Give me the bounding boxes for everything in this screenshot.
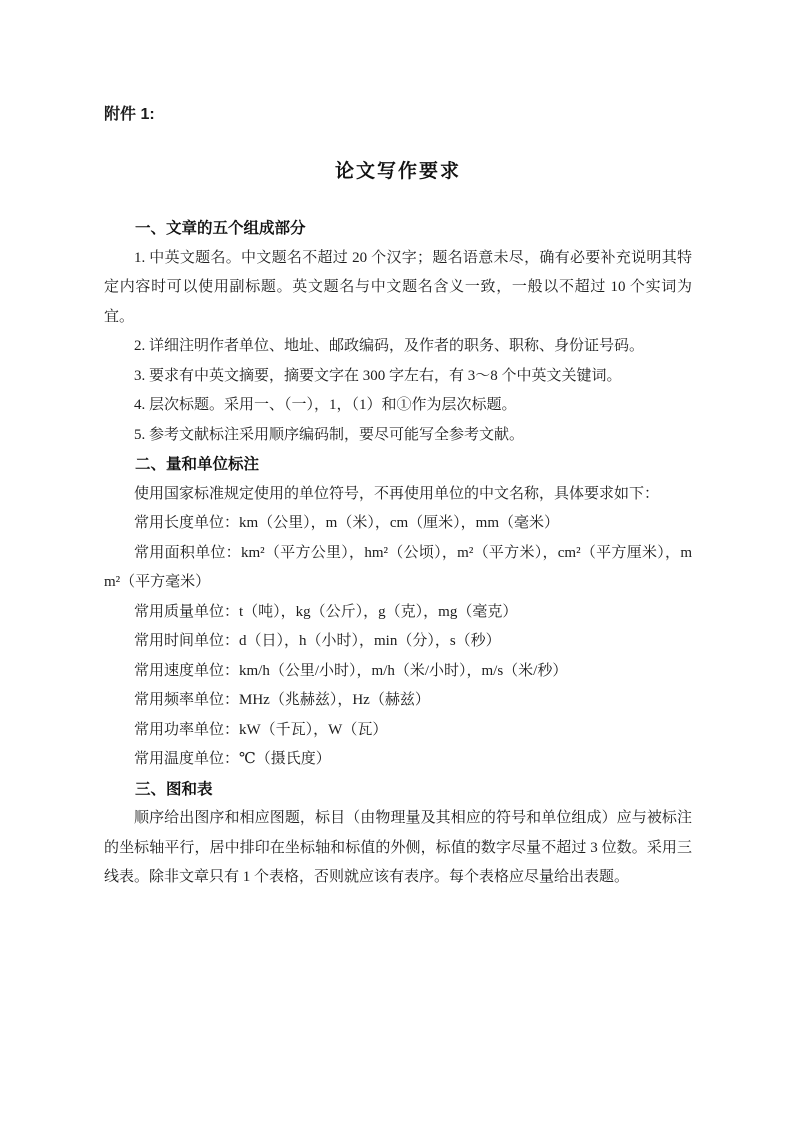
section-heading-1: 一、文章的五个组成部分 xyxy=(104,214,692,244)
figures-tables-paragraph: 顺序给出图序和相应图题，标目（由物理量及其相应的符号和单位组成）应与被标注的坐标… xyxy=(104,804,692,893)
mass-units-line: 常用质量单位：t（吨），kg（公斤），g（克），mg（毫克） xyxy=(104,598,692,628)
section-heading-3: 三、图和表 xyxy=(104,775,692,805)
attachment-label: 附件 1: xyxy=(104,100,692,130)
frequency-units-line: 常用频率单位：MHz（兆赫兹），Hz（赫兹） xyxy=(104,686,692,716)
list-item-5: 5. 参考文献标注采用顺序编码制，要尽可能写全参考文献。 xyxy=(104,421,692,451)
list-item-1: 1. 中英文题名。中文题名不超过 20 个汉字；题名语意未尽，确有必要补充说明其… xyxy=(104,244,692,333)
temperature-units-line: 常用温度单位：℃（摄氏度） xyxy=(104,745,692,775)
units-intro: 使用国家标准规定使用的单位符号，不再使用单位的中文名称，具体要求如下： xyxy=(104,480,692,510)
section-heading-2: 二、量和单位标注 xyxy=(104,450,692,480)
document-page: 附件 1: 论文写作要求 一、文章的五个组成部分 1. 中英文题名。中文题名不超… xyxy=(0,0,800,1132)
time-units-line: 常用时间单位：d（日），h（小时），min（分），s（秒） xyxy=(104,627,692,657)
power-units-line: 常用功率单位：kW（千瓦），W（瓦） xyxy=(104,716,692,746)
list-item-4: 4. 层次标题。采用一、（一），1，（1）和①作为层次标题。 xyxy=(104,391,692,421)
area-units-line: 常用面积单位：km²（平方公里），hm²（公顷），m²（平方米），cm²（平方厘… xyxy=(104,539,692,598)
speed-units-line: 常用速度单位：km/h（公里/小时），m/h（米/小时），m/s（米/秒） xyxy=(104,657,692,687)
document-content: 附件 1: 论文写作要求 一、文章的五个组成部分 1. 中英文题名。中文题名不超… xyxy=(0,0,800,893)
list-item-2: 2. 详细注明作者单位、地址、邮政编码，及作者的职务、职称、身份证号码。 xyxy=(104,332,692,362)
list-item-3: 3. 要求有中英文摘要，摘要文字在 300 字左右，有 3～8 个中英文关键词。 xyxy=(104,362,692,392)
length-units-line: 常用长度单位：km（公里），m（米），cm（厘米），mm（毫米） xyxy=(104,509,692,539)
document-title: 论文写作要求 xyxy=(104,157,692,187)
